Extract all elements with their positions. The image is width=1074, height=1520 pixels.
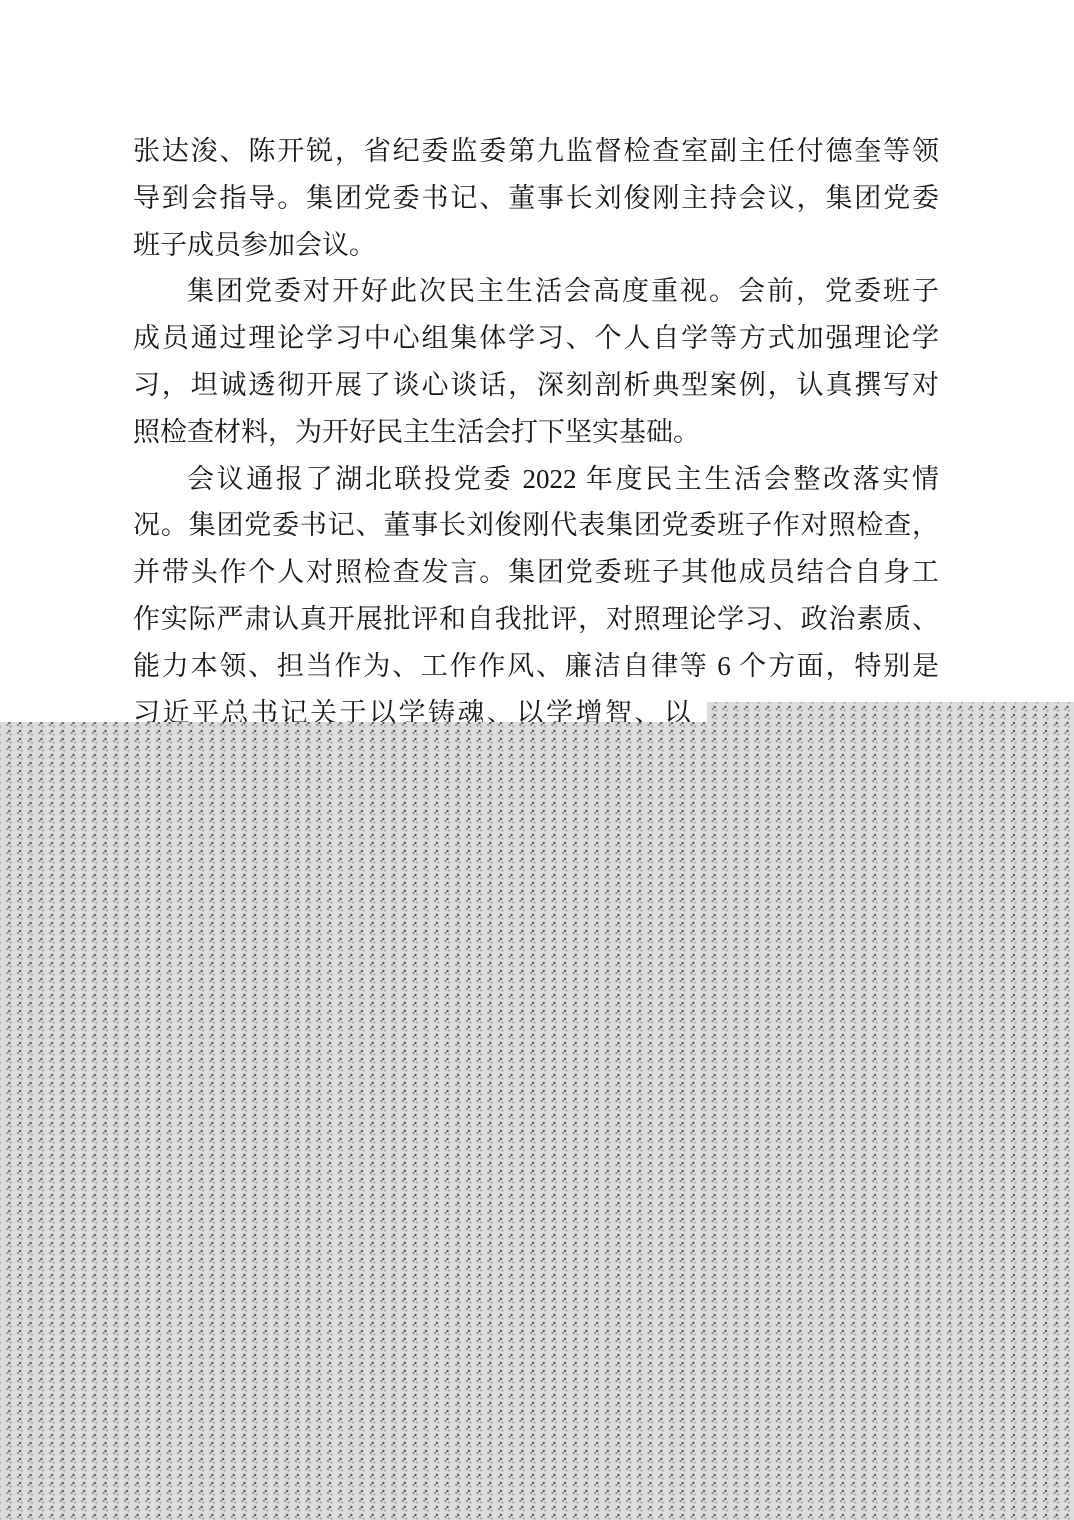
text-line: 况。集团党委书记、董事长刘俊刚代表集团党委班子作对照检查， <box>133 502 939 549</box>
text-line: 成员通过理论学习中心组集体学习、个人自学等方式加强理论学 <box>133 315 939 362</box>
text-line: 并带头作个人对照检查发言。集团党委班子其他成员结合自身工 <box>133 549 939 596</box>
text-line: 导到会指导。集团党委书记、董事长刘俊刚主持会议，集团党委 <box>133 175 939 222</box>
text-line: 能力本领、担当作为、工作作风、廉洁自律等 6 个方面，特别是 <box>133 643 939 690</box>
text-line: 会议通报了湖北联投党委 2022 年度民主生活会整改落实情 <box>133 456 939 503</box>
text-line: 张达浚、陈开锐，省纪委监委第九监督检查室副主任付德奎等领 <box>133 128 939 175</box>
document-page: 张达浚、陈开锐，省纪委监委第九监督检查室副主任付德奎等领 导到会指导。集团党委书… <box>0 0 1074 1520</box>
document-body: 张达浚、陈开锐，省纪委监委第九监督检查室副主任付德奎等领 导到会指导。集团党委书… <box>133 128 939 736</box>
text-line: 作实际严肃认真开展批评和自我批评，对照理论学习、政治素质、 <box>133 596 939 643</box>
text-line: 集团党委对开好此次民主生活会高度重视。会前，党委班子 <box>133 268 939 315</box>
text-line: 班子成员参加会议。 <box>133 222 939 269</box>
unrendered-content-placeholder <box>0 702 1074 1520</box>
text-line: 照检查材料，为开好民主生活会打下坚实基础。 <box>133 409 939 456</box>
text-line: 习，坦诚透彻开展了谈心谈话，深刻剖析典型案例，认真撰写对 <box>133 362 939 409</box>
